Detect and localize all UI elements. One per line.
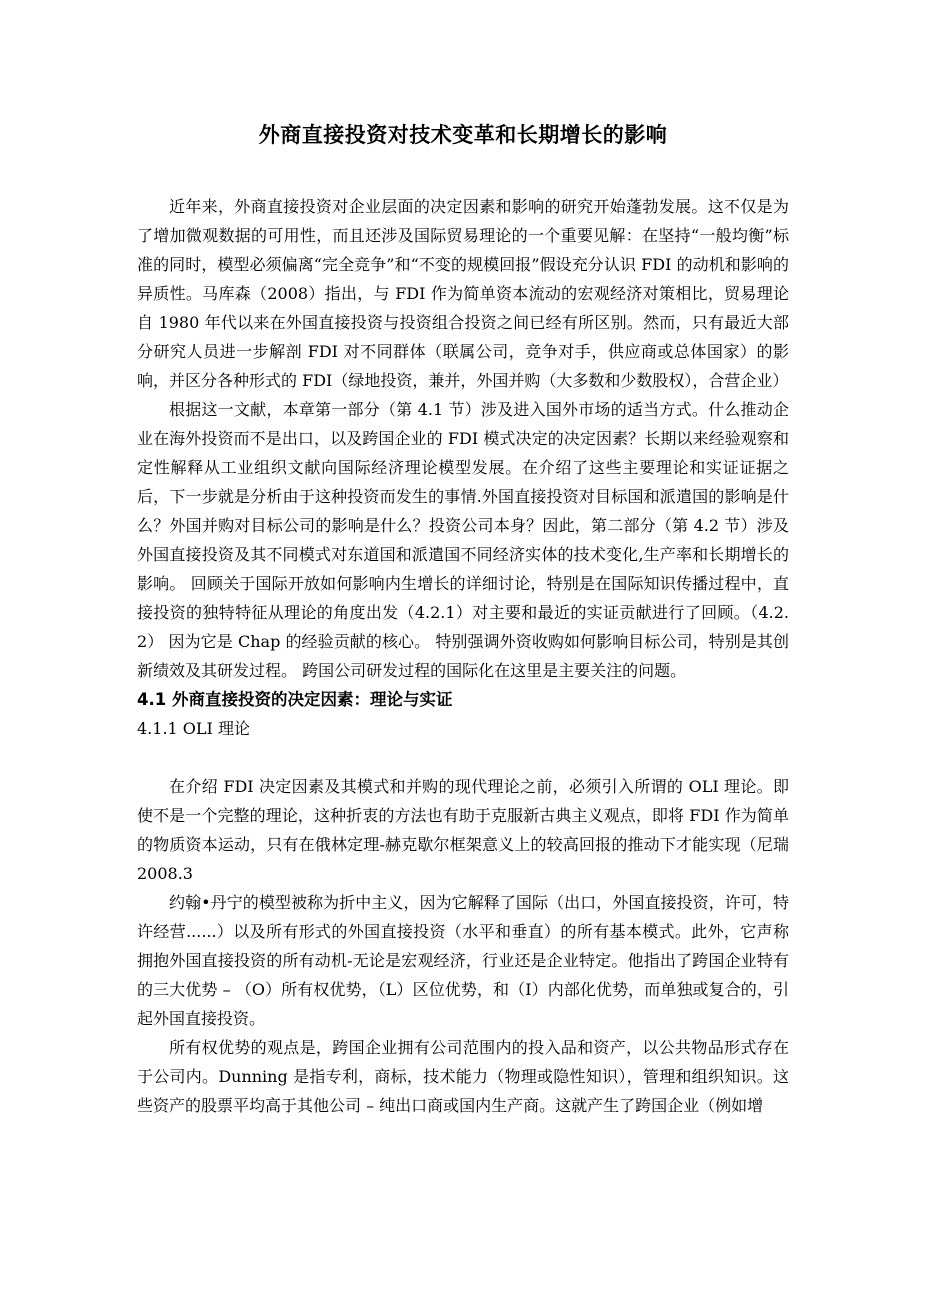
document-page: 外商直接投资对技术变革和长期增长的影响 近年来，外商直接投资对企业层面的决定因素… bbox=[0, 0, 926, 1309]
paragraph-ownership-advantage: 所有权优势的观点是，跨国企业拥有公司范围内的投入品和资产，以公共物品形式存在于公… bbox=[137, 1033, 789, 1120]
section-heading-4-1: 4.1 外商直接投资的决定因素：理论与实证 bbox=[137, 685, 789, 714]
paragraph-oli-intro: 在介绍 FDI 决定因素及其模式和并购的现代理论之前，必须引入所谓的 OLI 理… bbox=[137, 772, 789, 888]
paragraph-intro-2: 根据这一文献，本章第一部分（第 4.1 节）涉及进入国外市场的适当方式。什么推动… bbox=[137, 395, 789, 685]
paragraph-dunning-model: 约翰•丹宁的模型被称为折中主义，因为它解释了国际（出口，外国直接投资，许可，特许… bbox=[137, 888, 789, 1033]
document-content: 外商直接投资对技术变革和长期增长的影响 近年来，外商直接投资对企业层面的决定因素… bbox=[137, 118, 789, 1120]
document-title: 外商直接投资对技术变革和长期增长的影响 bbox=[137, 118, 789, 152]
subsection-heading-4-1-1: 4.1.1 OLI 理论 bbox=[137, 714, 789, 743]
paragraph-intro-1: 近年来，外商直接投资对企业层面的决定因素和影响的研究开始蓬勃发展。这不仅是为了增… bbox=[137, 192, 789, 395]
